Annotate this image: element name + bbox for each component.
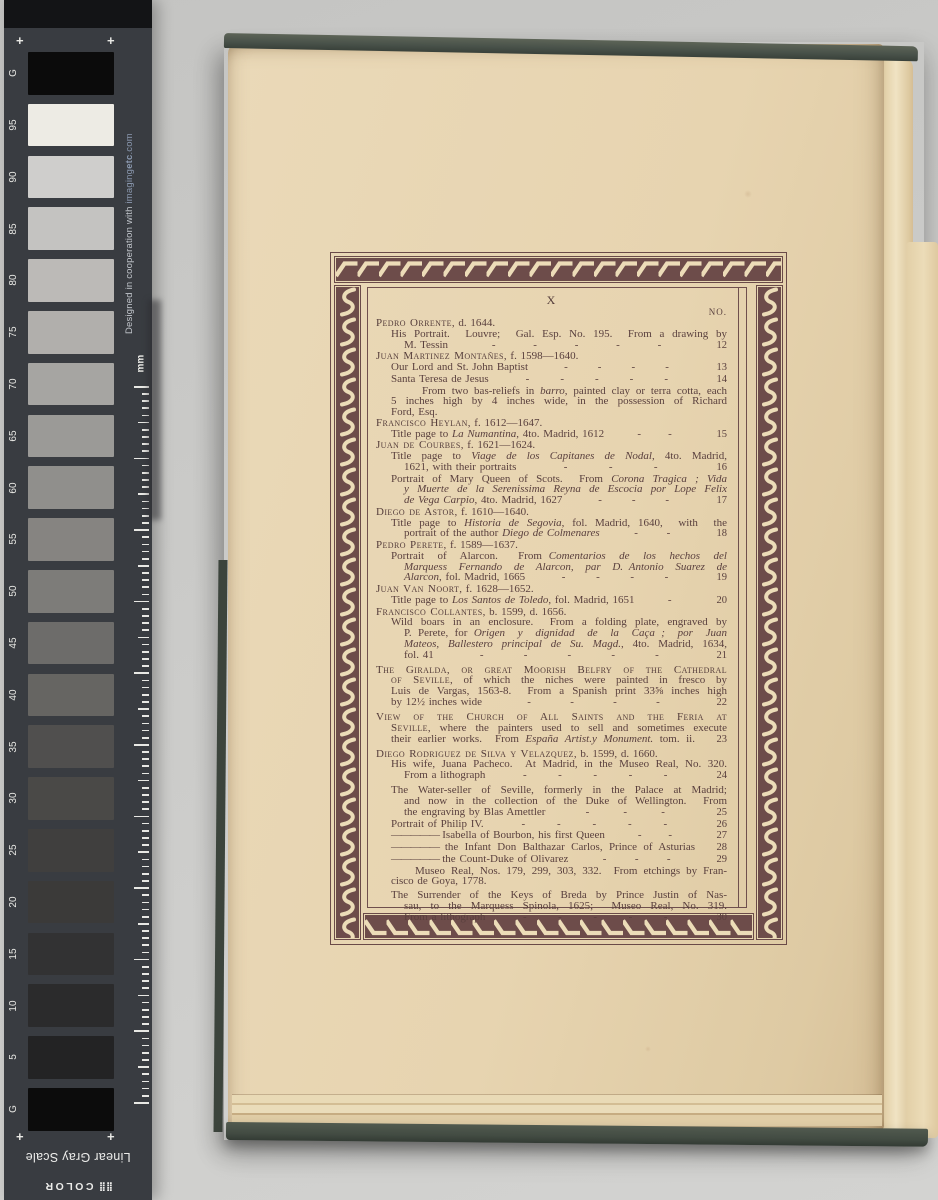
no-column-header: NO. [376, 307, 727, 317]
credit-brand-bold: etc [124, 155, 135, 169]
gray-patch-label: 65 [8, 416, 20, 456]
credit-prefix: Designed in cooperation with [124, 204, 135, 334]
entry-page-number: 21 [705, 651, 727, 662]
ruler-tick [142, 794, 150, 796]
gray-patch [28, 777, 114, 820]
gray-patch [28, 259, 114, 302]
gray-patch-label: 55 [8, 519, 20, 559]
ruler-tick [142, 758, 150, 760]
ruler-tick [142, 980, 150, 982]
ruler-tick [142, 1059, 150, 1061]
entry-page-number: 27 [705, 831, 727, 842]
leader-dashes: ----- [448, 340, 705, 351]
gray-patch-label: 15 [8, 934, 20, 974]
ruler-tick [142, 973, 150, 975]
credit-brand-suffix: .com [124, 133, 135, 154]
ruler-tick [138, 565, 149, 567]
entry-line: From a lithograph-----24 [376, 770, 727, 782]
entry-text: Alarcon, fol. Madrid, 1665 [404, 572, 525, 583]
entry-text: the engraving by Blas Amettler [404, 807, 545, 818]
entry-page-number: 30 [705, 913, 727, 924]
entry-page-number: 22 [705, 698, 727, 709]
leader-dashes: --- [568, 854, 705, 865]
ruler-tick [142, 866, 150, 868]
ruler-tick [142, 808, 150, 810]
inner-rule-right [738, 287, 739, 908]
ruler-tick [142, 930, 150, 932]
credit-brand: imaging [124, 169, 135, 204]
plate-list: Pedro Orrente, d. 1644.His Portrait. Lou… [376, 318, 727, 924]
ruler-tick [142, 830, 150, 832]
ruler-tick [134, 601, 149, 603]
leader-dashes: ---- [525, 572, 705, 583]
entry-text: Our Lord and St. John Baptist [391, 362, 528, 373]
linear-gray-scale-title: Linear Gray Scale [4, 1150, 152, 1164]
leader-dashes: -- [600, 528, 705, 539]
ruler-tick [134, 816, 149, 818]
ruler-tick [142, 651, 150, 653]
rope-border-right [756, 285, 783, 940]
gray-patch-label: 50 [8, 571, 20, 611]
ruler-tick [142, 765, 150, 767]
ruler-tick [142, 909, 150, 911]
gray-patch [28, 363, 114, 406]
ruler-tick [142, 730, 150, 732]
color-brand-row: ⣿⣿ COLOR [4, 1180, 152, 1192]
entry-page-number: 19 [705, 573, 727, 584]
entry-text: portrait of the author Diego de Colmenar… [404, 528, 600, 539]
ruler-tick [142, 916, 150, 918]
gray-patch-label: 75 [8, 312, 20, 352]
entry-line: cisco de Goya, 1778. [376, 876, 727, 887]
entry-page-number: 26 [705, 820, 727, 831]
entry-page-number: 12 [705, 341, 727, 352]
leader-dashes: - [635, 595, 706, 606]
entry-text: Portrait of Philip IV. [391, 819, 484, 830]
entry-text: Santa Teresa de Jesus [391, 374, 489, 385]
gray-patch [28, 1036, 114, 1079]
gray-patch-label: 95 [8, 105, 20, 145]
ruler-tick [142, 844, 150, 846]
gray-patch-label: 20 [8, 882, 20, 922]
entry-text: Mateos, Ballestero principal de Su. Magd… [404, 639, 727, 650]
strip-shadow [148, 300, 161, 520]
gray-patch [28, 725, 114, 768]
ruler-tick [134, 887, 149, 889]
gray-patch [28, 518, 114, 561]
leader-dashes: -- [604, 429, 705, 440]
leader-dashes: ----- [485, 912, 705, 923]
ruler-tick [142, 944, 150, 946]
ruler-tick [142, 544, 150, 546]
ruler-tick [142, 873, 150, 875]
entry-text: by 12½ inches wide [391, 697, 482, 708]
ruler-tick [142, 665, 150, 667]
ruler-tick [138, 708, 149, 710]
gray-patch [28, 881, 114, 924]
entry-text: de Vega Carpio, 4to. Madrid, 1627 [404, 495, 562, 506]
book-fore-edge-far-page [906, 242, 938, 1138]
ruler-tick [142, 952, 150, 954]
gray-patch-label: 60 [8, 468, 20, 508]
gray-patch [28, 570, 114, 613]
gray-patch [28, 156, 114, 199]
strip-credit-text: Designed in cooperation with imagingetc.… [124, 82, 135, 334]
ruler-tick [142, 1073, 150, 1075]
ruler-tick [142, 894, 150, 896]
gray-patch-label: 30 [8, 778, 20, 818]
ruler-tick [142, 823, 150, 825]
ruler-tick [142, 751, 150, 753]
ruler-tick [142, 966, 150, 968]
ruler-tick [142, 701, 150, 703]
entry-text: ————— the Infant Don Balthazar Carlos, P… [391, 842, 695, 853]
gray-scale-calibration-strip: + + G95908580757065605550454035302520151… [4, 0, 152, 1200]
ruler-tick [142, 937, 150, 939]
ruler-tick [142, 522, 150, 524]
gray-patch-label: 70 [8, 364, 20, 404]
gray-patch [28, 207, 114, 250]
gray-patch [28, 829, 114, 872]
gray-patch-label: G [8, 1089, 20, 1129]
entry-text: their earlier works. From España Artist.… [391, 734, 695, 745]
gray-patch [28, 52, 114, 95]
ruler-tick [134, 386, 149, 388]
ruler-tick [142, 1045, 150, 1047]
gray-patch [28, 311, 114, 354]
ruler-tick [134, 744, 149, 746]
gray-patch [28, 933, 114, 976]
ruler-tick [142, 723, 150, 725]
ruler-tick [142, 622, 150, 624]
entry-page-number: 17 [705, 496, 727, 507]
entry-text: Title page to La Numantina, 4to. Madrid,… [391, 429, 604, 440]
entry-line: From a lithograph-----30 [376, 912, 727, 924]
ruler-tick [138, 923, 149, 925]
entry-page-number: 15 [705, 430, 727, 441]
entry-text: M. Tessin [404, 340, 448, 351]
gray-patch-label: 80 [8, 260, 20, 300]
entry-text: 5 inches high by 4 inches wide, in the p… [391, 396, 727, 407]
ruler-tick [142, 551, 150, 553]
gray-patch [28, 104, 114, 147]
ruler-tick [142, 902, 150, 904]
ruler-tick [142, 579, 150, 581]
ruler-tick [142, 1052, 150, 1054]
ruler-tick [142, 644, 150, 646]
gray-patch-label: 10 [8, 986, 20, 1026]
gray-patch-label: 90 [8, 157, 20, 197]
entry-page-number: 24 [705, 771, 727, 782]
ruler-tick [142, 1002, 150, 1004]
gray-patch [28, 415, 114, 458]
ruler-tick [142, 1095, 150, 1097]
leader-dashes: -- [605, 830, 705, 841]
entry-text: From a lithograph [404, 912, 485, 923]
ruler-tick [142, 615, 150, 617]
entry-page-number: 23 [705, 735, 727, 746]
ruler-tick [142, 987, 150, 989]
ruler-tick [142, 837, 150, 839]
ruler-tick [138, 851, 149, 853]
registration-plus-mark: + [107, 36, 115, 46]
ruler-tick [134, 529, 149, 531]
entry-page-number: 25 [705, 808, 727, 819]
entry-line: by 12½ inches wide----22 [376, 697, 727, 709]
ruler-tick [142, 1081, 150, 1083]
ruler-tick [142, 859, 150, 861]
entry-page-number: 18 [705, 529, 727, 540]
entry-text: 1621, with their portraits [404, 462, 516, 473]
ruler-tick [134, 959, 149, 961]
ruler-tick [142, 658, 150, 660]
ruler-tick [134, 1102, 149, 1104]
ruler-tick [142, 594, 150, 596]
leader-dashes: ----- [485, 770, 705, 781]
ruler-tick [142, 629, 150, 631]
entry-page-number: 20 [705, 596, 727, 607]
gray-patch [28, 674, 114, 717]
gray-patch-label: 35 [8, 727, 20, 767]
gray-patch [28, 1088, 114, 1131]
entry-text: ————— the Count-Duke of Olivarez [391, 854, 568, 865]
entry-page-number: 13 [705, 363, 727, 374]
page-bottom-stacked-edges [232, 1094, 882, 1126]
gray-patch-label: 5 [8, 1037, 20, 1077]
gray-patch-label: 40 [8, 675, 20, 715]
dot-grid-icon: ⣿⣿ [99, 1182, 113, 1192]
ruler-tick [142, 558, 150, 560]
leader-dashes: ---- [528, 362, 705, 373]
ruler-tick [142, 801, 150, 803]
ruler-tick [134, 1030, 149, 1032]
entry-text: From a lithograph [404, 770, 485, 781]
entry-text: ————— Isabella of Bourbon, his first Que… [391, 830, 605, 841]
ruler-tick [142, 715, 150, 717]
entry-text: cisco de Goya, 1778. [391, 876, 487, 887]
gray-patch [28, 984, 114, 1027]
ruler-tick [138, 995, 149, 997]
ruler-tick [138, 1066, 149, 1068]
ruler-tick [142, 1023, 150, 1025]
registration-plus-mark: + [16, 36, 24, 46]
ruler-tick [142, 687, 150, 689]
registration-plus-mark: + [107, 1132, 115, 1142]
gray-patch-label: 85 [8, 209, 20, 249]
strip-top-dark-block [4, 0, 152, 28]
entry-text: fol. 41 [404, 650, 434, 661]
gray-patch [28, 466, 114, 509]
chain-border-top [334, 256, 783, 283]
leader-dashes: --- [545, 807, 705, 818]
mm-ruler-label: mm [136, 343, 147, 373]
ruler-tick [142, 536, 150, 538]
ruler-tick [138, 637, 149, 639]
photographed-book-page: + + G95908580757065605550454035302520151… [0, 0, 938, 1200]
gray-patch-label: 45 [8, 623, 20, 663]
ruler-tick [142, 572, 150, 574]
entry-text: Title page to Los Santos de Toledo, fol.… [391, 595, 635, 606]
ruler-tick [142, 737, 150, 739]
ruler-tick [142, 880, 150, 882]
leader-dashes: ----- [484, 819, 705, 830]
ruler-tick [142, 586, 150, 588]
leader-dashes: ---- [482, 697, 705, 708]
ruler-tick [142, 608, 150, 610]
color-brand-word: COLOR [43, 1180, 93, 1192]
ruler-tick [142, 680, 150, 682]
ruler-tick [142, 1009, 150, 1011]
rope-border-left [334, 285, 361, 940]
entry-page-number: 28 [705, 843, 727, 854]
ruler-tick [142, 694, 150, 696]
page-number: X [376, 293, 727, 308]
ruler-tick [142, 787, 150, 789]
ruler-tick [138, 780, 149, 782]
entry-line: their earlier works. From España Artist.… [376, 734, 727, 746]
leader-dashes: --- [516, 462, 705, 473]
ruler-tick [134, 458, 149, 460]
leader-dashes: ----- [434, 650, 705, 661]
entry-line: fol. 41-----21 [376, 650, 727, 662]
ruler-tick [142, 1038, 150, 1040]
ruler-tick [142, 773, 150, 775]
gray-patch-label: 25 [8, 830, 20, 870]
gray-patch-label: G [8, 53, 20, 93]
leader-dashes: --- [562, 495, 705, 506]
leader-dashes: ----- [489, 374, 705, 385]
registration-plus-mark: + [16, 1132, 24, 1142]
gray-patch [28, 622, 114, 665]
ruler-tick [142, 1088, 150, 1090]
ruler-tick [134, 672, 149, 674]
ruler-tick [142, 1016, 150, 1018]
